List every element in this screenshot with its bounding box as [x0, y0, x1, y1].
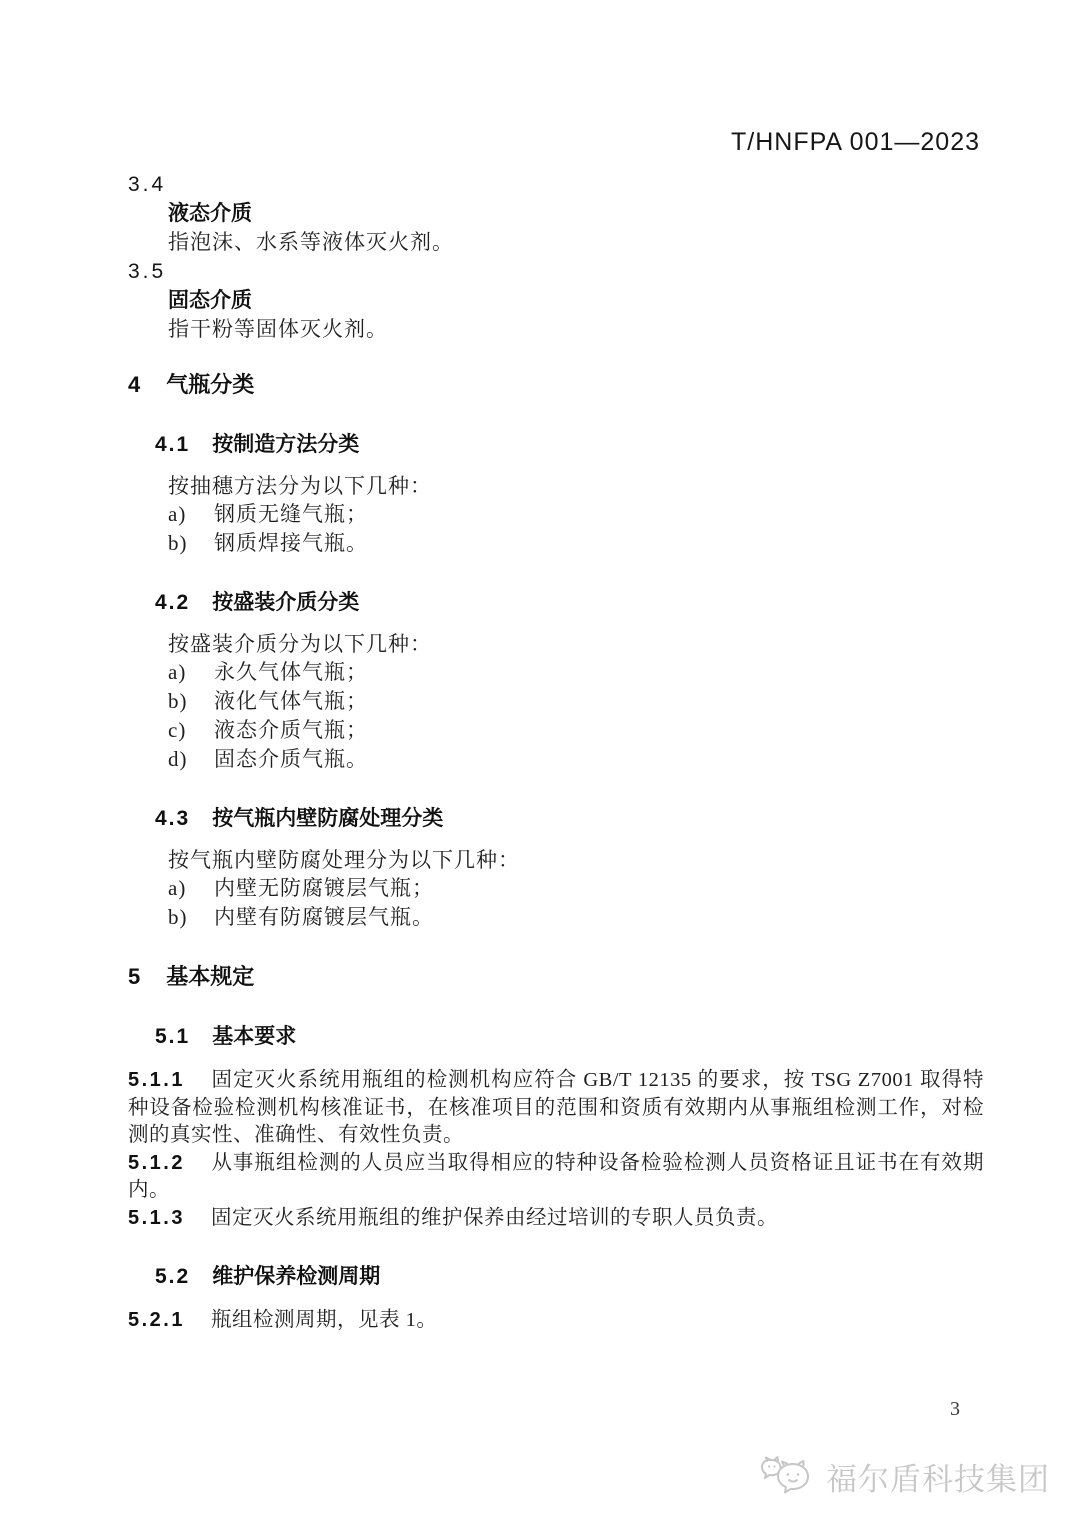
list-item-text: 固态介质气瓶。 [214, 747, 368, 771]
clause-5-1-2: 5.1.2从事瓶组检测的人员应当取得相应的特种设备检验检测人员资格证且证书在有效… [128, 1150, 984, 1205]
list-item-text: 永久气体气瓶； [214, 660, 368, 684]
term-number: 3.4 [128, 170, 984, 199]
section-lead: 按抽穗方法分为以下几种： [168, 472, 984, 500]
term-name: 液态介质 [168, 199, 984, 228]
brand-mascot-logo-icon [760, 1452, 818, 1500]
list-item: b)内壁有防腐镀层气瓶。 [168, 903, 984, 932]
list-item: d)固态介质气瓶。 [168, 745, 984, 774]
list-item: c)液态介质气瓶； [168, 716, 984, 745]
standard-code: T/HNFPA 001—2023 [731, 128, 980, 157]
clause-text: 从事瓶组检测的人员应当取得相应的特种设备检验检测人员资格证且证书在有效期内。 [128, 1152, 984, 1202]
section-title: 按气瓶内壁防腐处理分类 [212, 807, 443, 830]
list-item: b)液化气体气瓶； [168, 687, 984, 716]
list-item: a)内壁无防腐镀层气瓶； [168, 874, 984, 903]
term-definition: 指干粉等固体灭火剂。 [168, 315, 984, 344]
list-item: b)钢质焊接气瓶。 [168, 529, 984, 558]
section-title: 基本要求 [212, 1025, 296, 1048]
clause-text: 固定灭火系统用瓶组的维护保养由经过培训的专职人员负责。 [211, 1207, 778, 1229]
section-lead: 按气瓶内壁防腐处理分为以下几种： [168, 846, 984, 874]
list-item-label: a) [168, 658, 214, 687]
clause-number: 5.1.3 [128, 1207, 185, 1229]
section-number: 4.2 [155, 591, 190, 614]
section-4-3-heading: 4.3按气瓶内壁防腐处理分类 [155, 804, 984, 833]
section-4-2-heading: 4.2按盛装介质分类 [155, 588, 984, 617]
list-item-label: b) [168, 903, 214, 932]
section-title: 按盛装介质分类 [212, 591, 359, 614]
list-item-text: 液态介质气瓶； [214, 718, 368, 742]
chapter-number: 4 [128, 372, 142, 397]
list-item-label: d) [168, 745, 214, 774]
section-title: 维护保养检测周期 [212, 1265, 380, 1288]
list-item-label: b) [168, 687, 214, 716]
clause-5-1-1: 5.1.1固定灭火系统用瓶组的检测机构应符合 GB/T 12135 的要求，按 … [128, 1067, 984, 1150]
document-content: 3.4 液态介质 指泡沫、水系等液体灭火剂。 3.5 固态介质 指干粉等固体灭火… [128, 170, 984, 1335]
term-number: 3.5 [128, 257, 984, 286]
list-item: a)钢质无缝气瓶； [168, 500, 984, 529]
section-lead: 按盛装介质分为以下几种： [168, 630, 984, 658]
term-block: 3.5 固态介质 指干粉等固体灭火剂。 [128, 257, 984, 344]
list-item-label: b) [168, 529, 214, 558]
list-item-label: a) [168, 500, 214, 529]
brand-name: 福尔盾科技集团 [826, 1454, 1050, 1499]
chapter-title: 气瓶分类 [166, 372, 254, 397]
clause-number: 5.1.2 [128, 1152, 185, 1174]
section-number: 5.1 [155, 1025, 190, 1048]
list-item-text: 钢质焊接气瓶。 [214, 531, 368, 555]
clause-5-1-3: 5.1.3固定灭火系统用瓶组的维护保养由经过培训的专职人员负责。 [128, 1205, 984, 1233]
chapter-4-heading: 4气瓶分类 [128, 370, 984, 400]
section-4-1-heading: 4.1按制造方法分类 [155, 430, 984, 459]
clause-text: 固定灭火系统用瓶组的检测机构应符合 GB/T 12135 的要求，按 TSG Z… [128, 1069, 984, 1146]
list-item: a)永久气体气瓶； [168, 658, 984, 687]
brand-watermark: 福尔盾科技集团 [760, 1452, 1050, 1500]
term-name: 固态介质 [168, 286, 984, 315]
section-number: 4.1 [155, 433, 190, 456]
clause-number: 5.1.1 [128, 1069, 185, 1091]
page-number: 3 [950, 1398, 960, 1421]
list-item-label: c) [168, 716, 214, 745]
list-item-text: 液化气体气瓶； [214, 689, 368, 713]
section-5-2-heading: 5.2维护保养检测周期 [155, 1262, 984, 1291]
clause-number: 5.2.1 [128, 1309, 185, 1331]
section-number: 5.2 [155, 1265, 190, 1288]
section-5-1-heading: 5.1基本要求 [155, 1022, 984, 1051]
chapter-number: 5 [128, 964, 142, 989]
list-item-text: 内壁有防腐镀层气瓶。 [214, 905, 434, 929]
clause-text: 瓶组检测周期，见表 1。 [211, 1309, 437, 1331]
term-definition: 指泡沫、水系等液体灭火剂。 [168, 228, 984, 257]
clause-5-2-1: 5.2.1瓶组检测周期，见表 1。 [128, 1307, 984, 1335]
list-item-text: 钢质无缝气瓶； [214, 502, 368, 526]
section-title: 按制造方法分类 [212, 433, 359, 456]
chapter-title: 基本规定 [166, 964, 254, 989]
list-item-label: a) [168, 874, 214, 903]
document-page: T/HNFPA 001—2023 3.4 液态介质 指泡沫、水系等液体灭火剂。 … [0, 0, 1080, 1528]
section-number: 4.3 [155, 807, 190, 830]
term-block: 3.4 液态介质 指泡沫、水系等液体灭火剂。 [128, 170, 984, 257]
list-item-text: 内壁无防腐镀层气瓶； [214, 876, 434, 900]
chapter-5-heading: 5基本规定 [128, 962, 984, 992]
